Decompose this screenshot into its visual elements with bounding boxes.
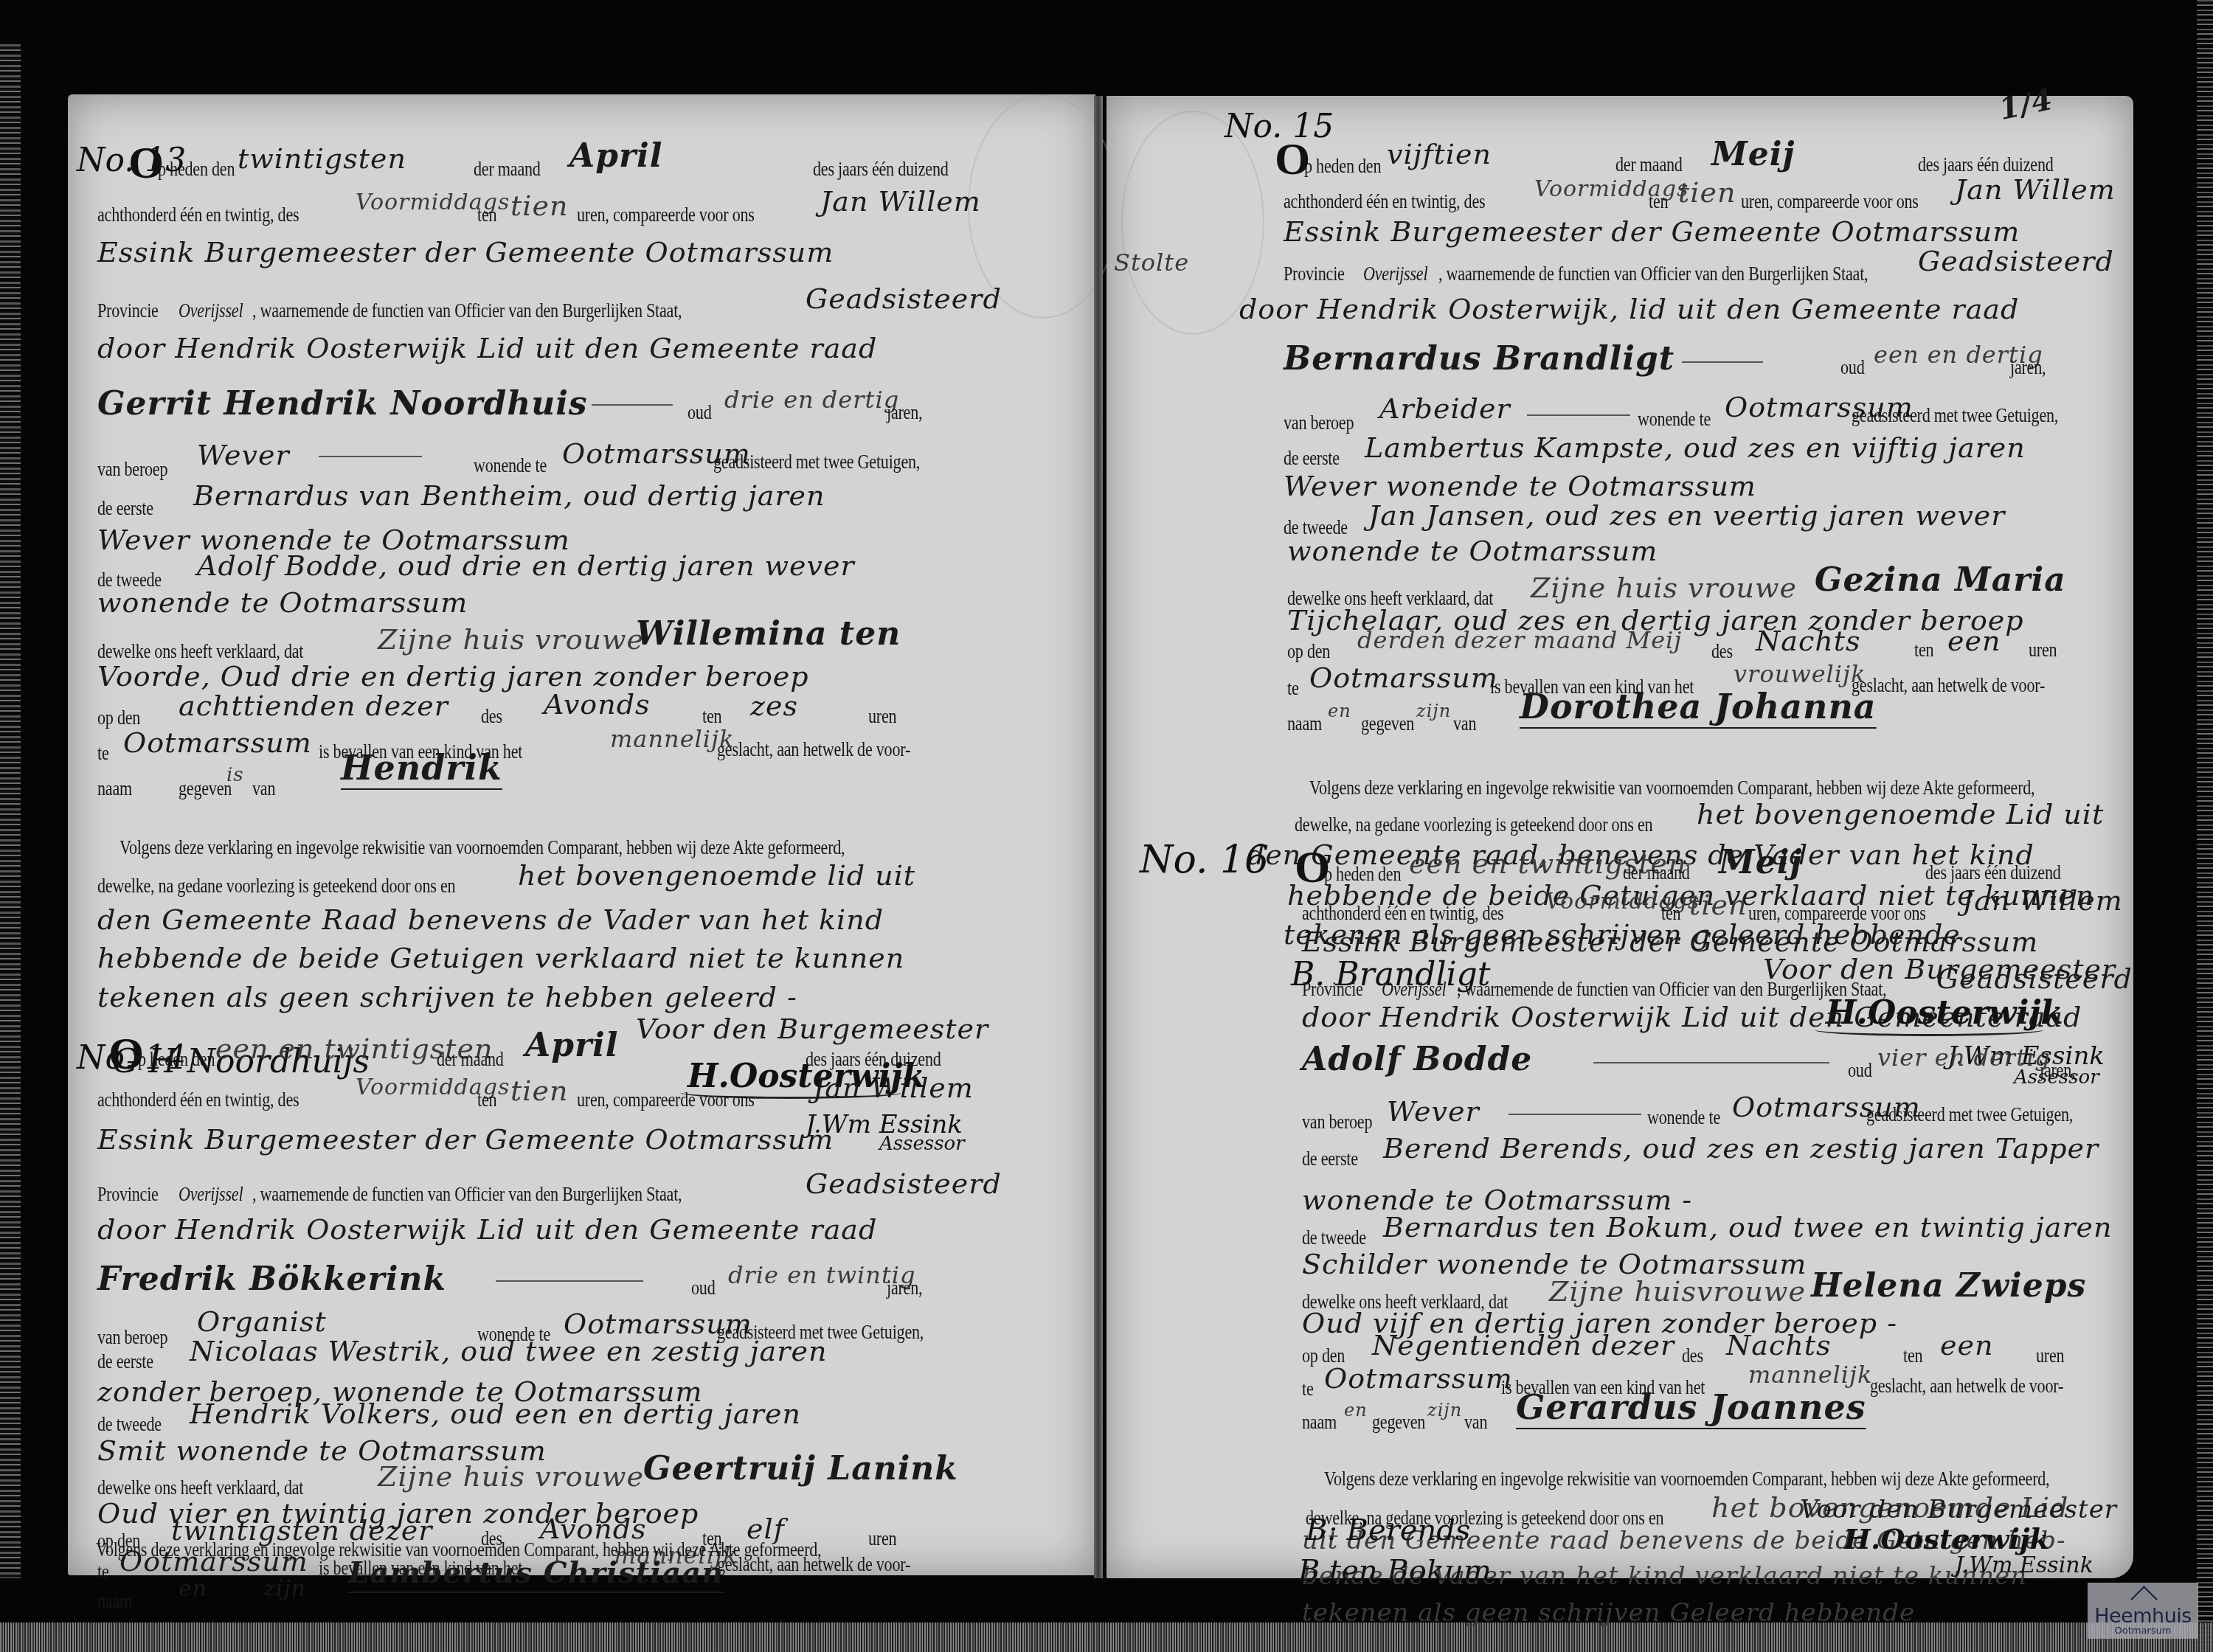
heemhuis-watermark: Heemhuis Ootmarsum	[2088, 1583, 2198, 1639]
left-signatures	[0, 0, 2213, 1652]
watermark-brand: Heemhuis	[2088, 1605, 2198, 1628]
watermark-place: Ootmarsum	[2088, 1625, 2198, 1637]
